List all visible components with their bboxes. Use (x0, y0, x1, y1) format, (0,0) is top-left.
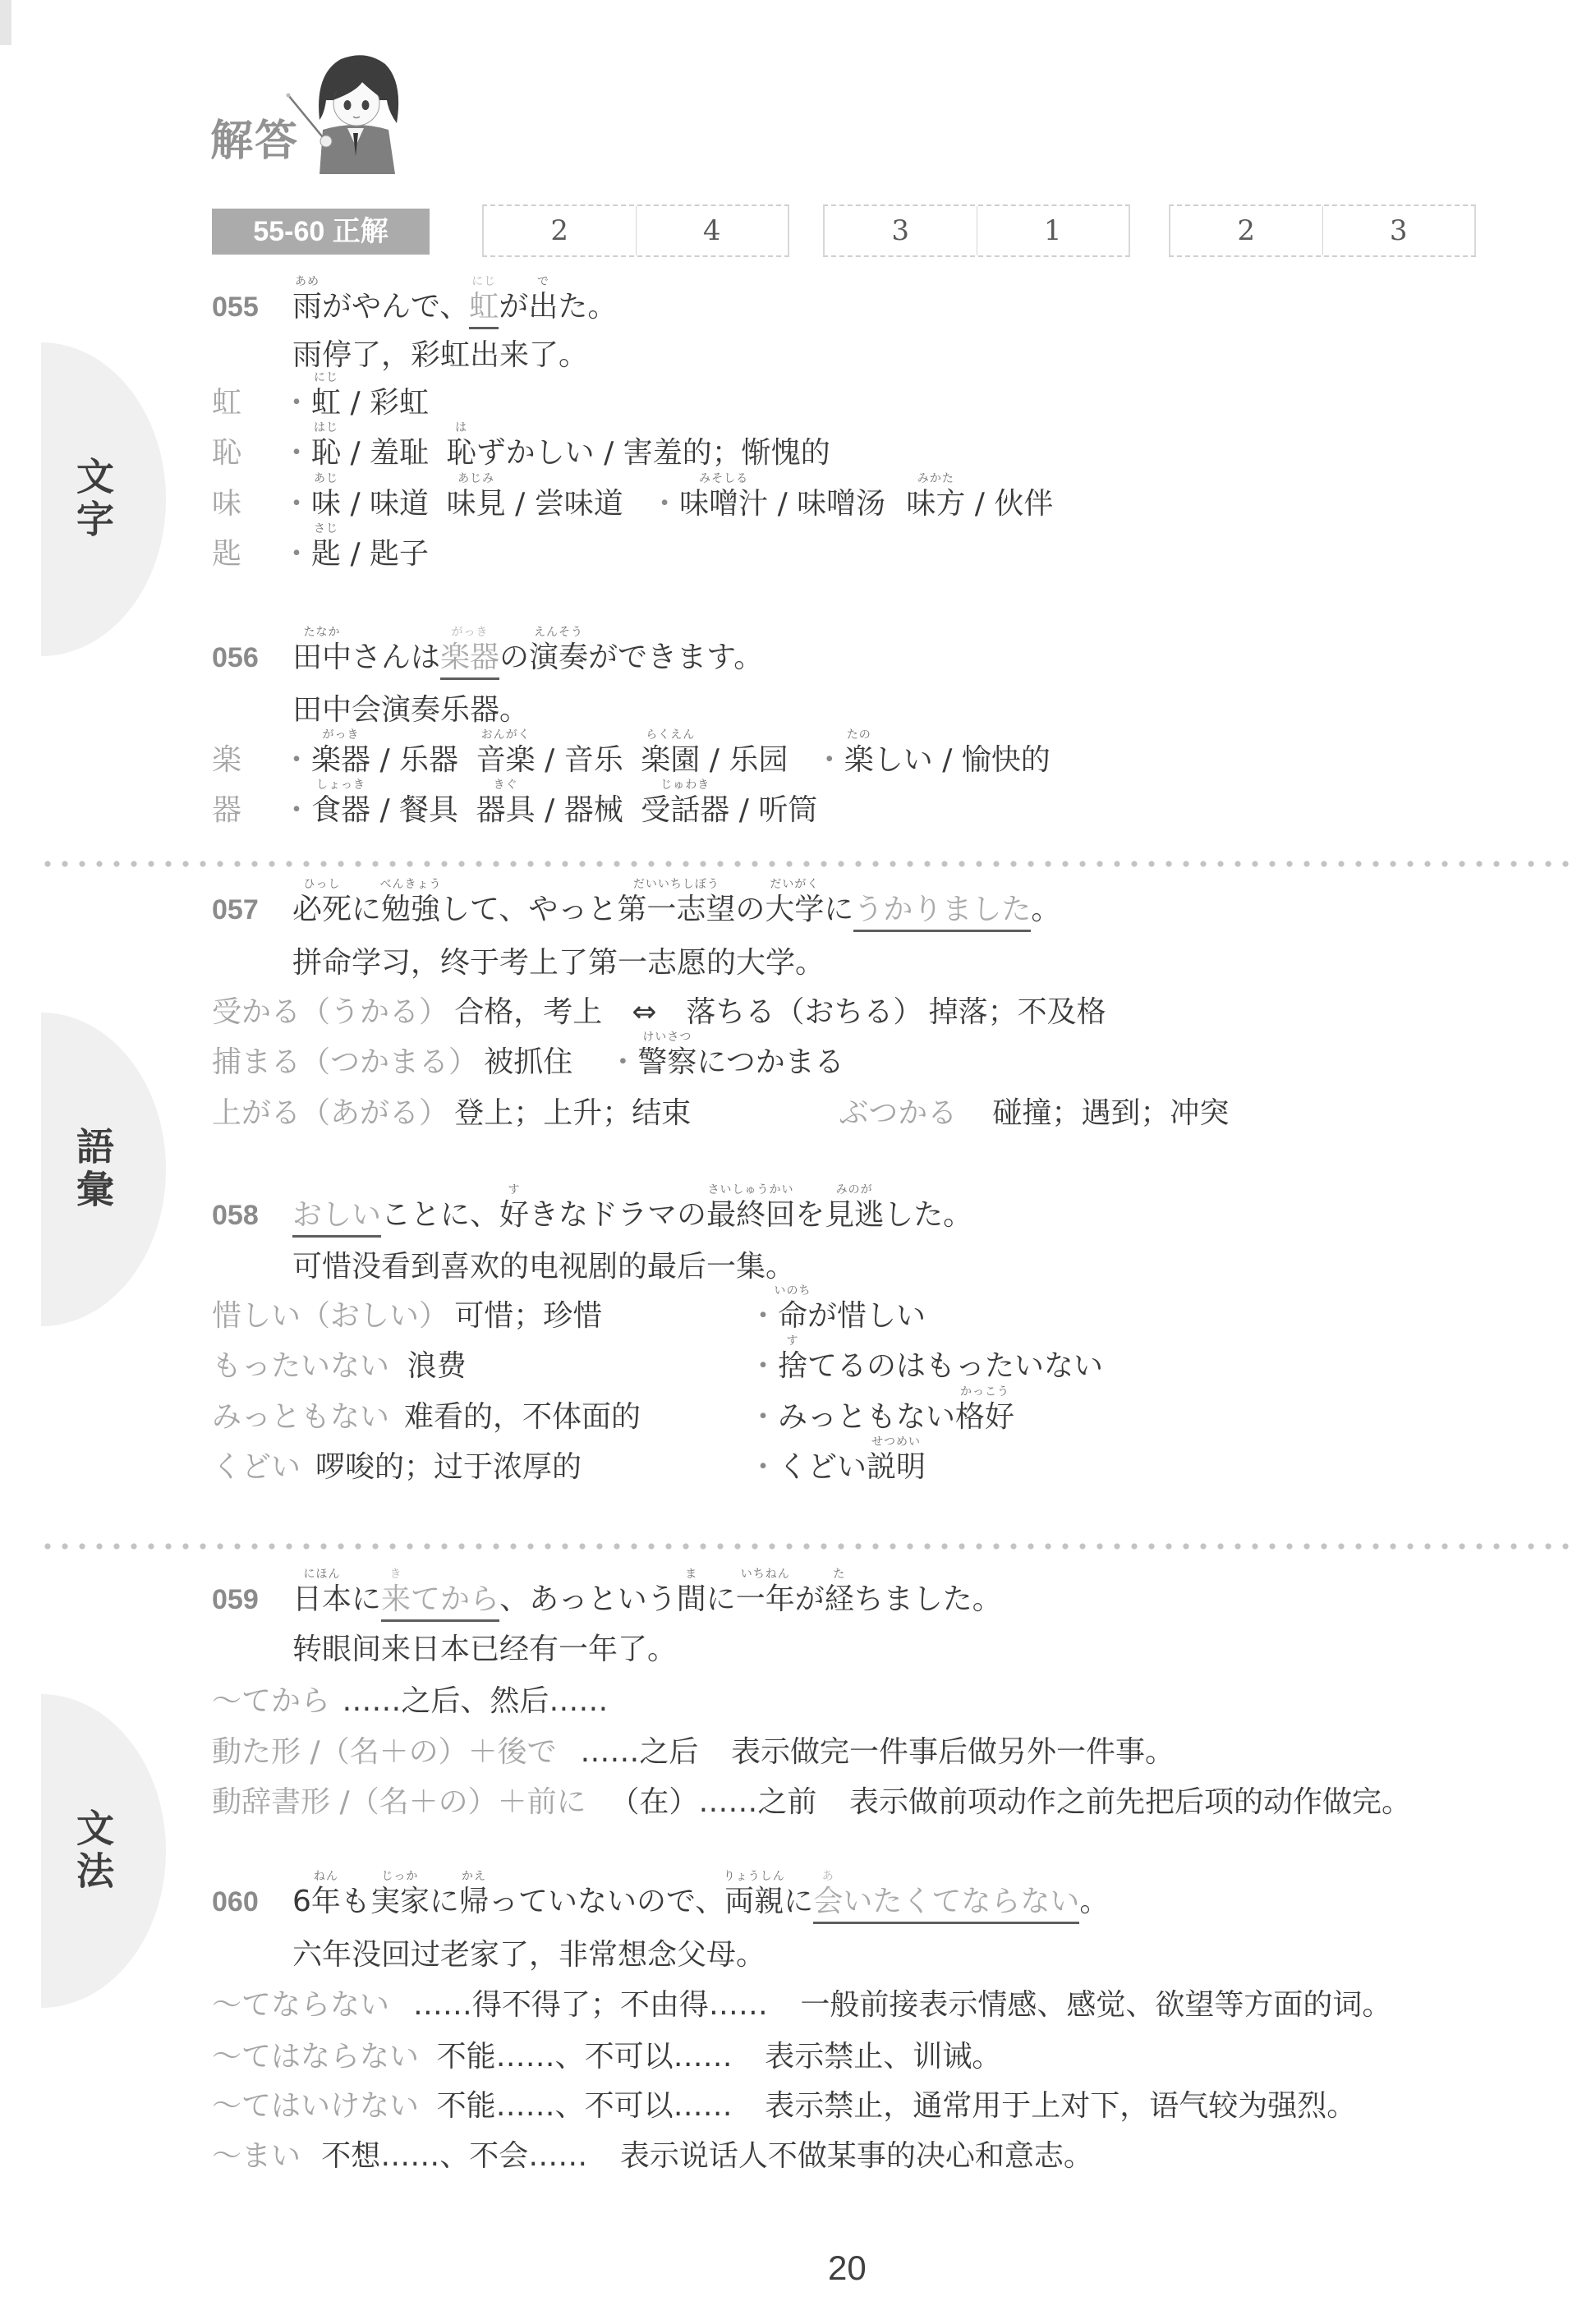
base-text: 。 (1079, 1882, 1109, 1922)
base-text: / 羞耻 (341, 434, 429, 473)
sentence-text: 雨あめがやんで、虹にじが出でた。 (292, 287, 617, 329)
base-text: くどい (778, 1448, 867, 1487)
furigana: す (508, 1184, 521, 1196)
text-segment: 受かる（うかる） (212, 992, 448, 1033)
text-segment: 捕まる（つかまる） (212, 1042, 478, 1083)
text-segment: た。 (558, 287, 617, 328)
ruby-word: 匙さじ (311, 534, 341, 575)
base-text: 浪费 (407, 1347, 467, 1386)
text-segment: 被抓住 (484, 1042, 572, 1083)
base-text: 味見 (447, 485, 506, 524)
furigana: たなか (304, 627, 341, 638)
text-segment: 表示做完一件事后做另外一件事。 (731, 1732, 1175, 1773)
text-segment: てるのはもったいない (807, 1346, 1103, 1387)
text-segment: / 彩虹 (341, 383, 429, 424)
base-text: して、やっと (440, 890, 617, 930)
question-number: 055 (212, 287, 292, 328)
note-row: 動た形 /（名＋の）＋後で……之后表示做完一件事后做另外一件事。 (212, 1732, 1175, 1773)
note-content: ～てはならない不能……、不可以……表示禁止、训诫。 (212, 2037, 1001, 2078)
note-row: 惜しい（おしい）可惜；珍惜・命いのちが惜しい (212, 1296, 602, 1337)
note-example: ・捨すてるのはもったいない (748, 1346, 1103, 1387)
text-segment: / 匙子 (341, 534, 429, 575)
note-row: 匙・匙さじ / 匙子 (212, 534, 429, 575)
text-segment: / 尝味道 (506, 484, 623, 525)
text-segment: に (430, 1881, 459, 1922)
base-text: ～まい (212, 2137, 301, 2176)
ruby-word: 田中たなか (292, 637, 352, 678)
base-text: 捕まる（つかまる） (212, 1043, 478, 1082)
text-segment: も (341, 1881, 370, 1922)
answer-cell: 4 (636, 206, 788, 255)
section-tab-vocabulary: 語彙 (41, 1013, 166, 1326)
ruby-word: 見逃みのが (825, 1195, 884, 1236)
base-text: 楽園 (641, 741, 700, 780)
text-segment: 。 (1031, 889, 1060, 930)
base-text: 大学 (765, 890, 824, 930)
translation: 田中会演奏乐器。 (292, 690, 529, 731)
note-content: もったいない浪费 (212, 1346, 467, 1387)
text-segment: 啰唆的；过于浓厚的 (315, 1447, 582, 1488)
base-text: ・ (650, 485, 679, 524)
note-row: 虹・虹にじ / 彩虹 (212, 383, 429, 424)
text-segment: 不想……、不会…… (321, 2136, 587, 2177)
base-text: 楽器 (311, 741, 370, 780)
note-content: 上がる（あがる）登上；上升；结束ぶつかる碰撞；遇到；冲突 (212, 1093, 1229, 1134)
base-text: ⇔ (632, 993, 656, 1032)
base-text: 难看的，不体面的 (404, 1398, 641, 1437)
ruby-word: 楽園らくえん (641, 740, 700, 781)
furigana: き (390, 1568, 402, 1580)
text-segment: 、あっという (499, 1579, 677, 1620)
note-content: ・虹にじ / 彩虹 (282, 383, 429, 424)
note-content: 動た形 /（名＋の）＋後で……之后表示做完一件事后做另外一件事。 (212, 1732, 1175, 1773)
base-text: てるのはもったいない (807, 1347, 1103, 1386)
text-segment: ぶつかる (839, 1093, 957, 1134)
text-segment: の (499, 637, 529, 678)
ruby-word: 帰かえ (459, 1881, 489, 1922)
base-text: 両親 (724, 1882, 784, 1922)
base-text: 警察 (637, 1043, 697, 1082)
ruby-word: 大学だいがく (765, 889, 824, 930)
dotted-divider (44, 861, 1577, 867)
furigana: す (787, 1335, 799, 1347)
text-segment: 难看的，不体面的 (404, 1397, 641, 1438)
base-text: ……之后、然后…… (342, 1682, 608, 1721)
ruby-word: 第一志望だいいちしぼう (617, 889, 735, 930)
base-text: が (499, 287, 528, 327)
base-text: / 尝味道 (506, 485, 623, 524)
base-text: / 味噌汤 (768, 485, 885, 524)
ruby-word: 音楽おんがく (476, 740, 536, 781)
sentence-text: 日本にほんに来きてから、あっという間まに一年いちねんが経たちました。 (292, 1579, 1002, 1622)
ruby-word: 演奏えんそう (529, 637, 588, 678)
base-text: 演奏 (529, 638, 588, 677)
answer-group: 3 1 (823, 204, 1130, 257)
text-segment: くどい (212, 1447, 301, 1488)
base-text: 不能……、不可以…… (437, 2037, 733, 2077)
text-segment: に (352, 889, 381, 930)
answer-cell: 2 (1170, 206, 1322, 255)
base-text: ・ (608, 1043, 637, 1082)
base-text: が (795, 1580, 825, 1619)
question-number: 058 (212, 1195, 292, 1236)
base-text: / 匙子 (341, 535, 429, 574)
question-sentence: 058おしいことに、好すきなドラマの最終回さいしゅうかいを見逃みのがした。 (212, 1195, 972, 1236)
note-example: ・命いのちが惜しい (748, 1296, 926, 1337)
furigana: さいしゅうかい (708, 1184, 794, 1196)
base-text: 経 (825, 1580, 854, 1619)
ruby-word: 間ま (677, 1579, 706, 1620)
question-sentence: 059日本にほんに来きてから、あっという間まに一年いちねんが経たちました。 (212, 1579, 1002, 1620)
note-content: ～てから……之后、然后…… (212, 1681, 608, 1722)
text-segment: / 音乐 (536, 740, 623, 781)
base-text: に (706, 1580, 736, 1619)
base-text: 実家 (370, 1882, 430, 1922)
note-row: 動辞書形 /（名＋の）＋前に（在）……之前表示做前项动作之前先把后项的动作做完。 (212, 1782, 1411, 1823)
base-text: ～てはいけない (212, 2087, 419, 2126)
ruby-word: 出で (528, 287, 558, 328)
base-text: 味噌汁 (679, 485, 768, 524)
text-segment: / 餐具 (370, 790, 458, 831)
ruby-word: 虹にじ (311, 383, 341, 424)
furigana: た (833, 1568, 845, 1580)
base-text: みっともない (778, 1398, 955, 1437)
bullet-dot: ・ (608, 1042, 637, 1083)
furigana: あ (822, 1871, 834, 1882)
base-text: 楽 (844, 741, 874, 780)
text-segment: きなドラマの (529, 1195, 706, 1236)
base-text: （在）……之前 (609, 1783, 816, 1822)
ruby-word: 命いのち (778, 1296, 807, 1337)
base-text: 表示禁止、训诫。 (765, 2037, 1001, 2077)
ruby-word: 食器しょっき (311, 790, 370, 831)
base-text: に (784, 1882, 813, 1922)
base-text: 味方 (906, 485, 965, 524)
text-segment: に (824, 889, 853, 930)
translation: 转眼间来日本已经有一年了。 (292, 1629, 677, 1670)
dotted-divider (44, 1543, 1577, 1550)
bullet-dot: ・ (650, 484, 679, 525)
furigana: きぐ (494, 779, 518, 791)
base-text: 表示做完一件事后做另外一件事。 (731, 1733, 1175, 1772)
answer-underlined-text: うかりました (853, 889, 1031, 932)
translation: 拼命学习，终于考上了第一志愿的大学。 (292, 943, 825, 984)
base-text: 表示说话人不做某事的决心和意志。 (620, 2137, 1093, 2176)
base-text: 被抓住 (484, 1043, 572, 1082)
ruby-word: 日本にほん (292, 1579, 352, 1620)
base-text: もったいない (212, 1347, 389, 1386)
base-text: ……得不得了；不由得…… (413, 1986, 768, 2025)
base-text: した。 (884, 1196, 972, 1235)
ruby-word: 味あじ (311, 484, 341, 525)
base-text: を (795, 1196, 825, 1235)
ruby-word: 雨あめ (292, 287, 322, 328)
base-text: 啰唆的；过于浓厚的 (315, 1448, 582, 1487)
ruby-word: 楽たの (844, 740, 874, 781)
base-text: 来 (381, 1580, 411, 1622)
answer-cell: 2 (484, 206, 636, 255)
base-text: 最終回 (706, 1196, 795, 1235)
base-text: 落ちる（おちる） (686, 993, 922, 1032)
sentence-text: おしいことに、好すきなドラマの最終回さいしゅうかいを見逃みのがした。 (292, 1195, 972, 1238)
furigana: にほん (304, 1568, 341, 1580)
section-tab-characters: 文字 (41, 342, 166, 656)
note-content: 捕まる（つかまる）被抓住・警察けいさつにつかまる (212, 1042, 844, 1083)
text-segment: っていないので、 (489, 1881, 724, 1922)
note-row: ～てから……之后、然后…… (212, 1681, 608, 1722)
kanji-label: 楽 (212, 740, 282, 781)
answer-cell: 1 (977, 206, 1129, 255)
ruby-word: 好す (499, 1195, 529, 1236)
ruby-word: 年ねん (311, 1881, 341, 1922)
ruby-word: 捨す (778, 1346, 807, 1387)
base-text: 虹 (311, 384, 341, 423)
bullet-dot: ・ (815, 740, 844, 781)
note-row: ～てはいけない不能……、不可以……表示禁止，通常用于上对下，语气较为强烈。 (212, 2086, 1356, 2127)
base-text: 説明 (867, 1448, 926, 1487)
base-text: 見逃 (825, 1196, 884, 1235)
text-segment: 落ちる（おちる） (686, 992, 922, 1033)
kanji-label: 虹 (212, 383, 282, 424)
ruby-word: 楽器がっき (440, 637, 499, 680)
note-content: 受かる（うかる）合格，考上⇔落ちる（おちる）掉落；不及格 (212, 992, 1106, 1033)
ruby-word: 警察けいさつ (637, 1042, 697, 1083)
text-segment: みっともない (212, 1397, 389, 1438)
base-text: ずかしい / 害羞的；惭愧的 (476, 434, 830, 473)
text-segment: 表示禁止、训诫。 (765, 2037, 1001, 2078)
base-text: 第一志望 (617, 890, 735, 930)
text-segment: が惜しい (807, 1296, 926, 1337)
ruby-word: 恥は (447, 433, 476, 474)
kanji-label: 恥 (212, 433, 282, 474)
translation: 可惜没看到喜欢的电视剧的最后一集。 (292, 1247, 795, 1288)
base-text: 掉落；不及格 (929, 993, 1106, 1032)
note-row: もったいない浪费・捨すてるのはもったいない (212, 1346, 467, 1387)
ruby-word: 最終回さいしゅうかい (706, 1195, 795, 1236)
page-number: 20 (828, 2248, 867, 2288)
base-text: 間 (677, 1580, 706, 1619)
note-content: 惜しい（おしい）可惜；珍惜 (212, 1296, 602, 1337)
note-row: ～まい不想……、不会……表示说话人不做某事的决心和意志。 (212, 2136, 1093, 2177)
base-text: / 彩虹 (341, 384, 429, 423)
furigana: はじ (314, 422, 338, 434)
base-text: ……之后 (580, 1733, 698, 1772)
kanji-label: 味 (212, 484, 282, 525)
base-text: 好 (499, 1196, 529, 1235)
base-text: 可惜；珍惜 (454, 1297, 602, 1336)
text-segment: 一般前接表示情感、感觉、欲望等方面的词。 (800, 1985, 1391, 2026)
kanji-label: 器 (212, 790, 282, 831)
note-row: くどい啰唆的；过于浓厚的・くどい説明せつめい (212, 1447, 582, 1488)
ruby-word: 実家じっか (370, 1881, 430, 1922)
furigana: ひっし (304, 879, 341, 890)
base-text: 虹 (469, 287, 499, 329)
note-content: ～まい不想……、不会……表示说话人不做某事的决心和意志。 (212, 2136, 1093, 2177)
text-segment: が (795, 1579, 825, 1620)
ruby-word: 必死ひっし (292, 889, 352, 930)
sentence-text: 田中たなかさんは楽器がっきの演奏えんそうができます。 (292, 637, 763, 680)
furigana: せつめい (871, 1436, 921, 1448)
base-text: しい / 愉快的 (874, 741, 1051, 780)
text-segment: ～てならない (212, 1985, 389, 2026)
text-segment: しい / 愉快的 (874, 740, 1051, 781)
note-row: 受かる（うかる）合格，考上⇔落ちる（おちる）掉落；不及格 (212, 992, 1106, 1033)
note-content: ～てはいけない不能……、不可以……表示禁止，通常用于上对下，语气较为强烈。 (212, 2086, 1356, 2127)
section-tab-grammar: 文法 (41, 1694, 166, 2008)
base-text: ができます。 (588, 638, 763, 677)
base-text: 表示禁止，通常用于上对下，语气较为强烈。 (765, 2087, 1356, 2126)
base-text: 不能……、不可以…… (437, 2087, 733, 2126)
furigana: みかた (917, 473, 954, 485)
furigana: いのち (775, 1285, 811, 1297)
kanji-label: 匙 (212, 534, 282, 575)
bullet-dot: ・ (282, 790, 311, 831)
ruby-word: 器具きぐ (476, 790, 536, 831)
text-segment: / 听筒 (729, 790, 817, 831)
ruby-word: 説明せつめい (867, 1447, 926, 1488)
base-text: 動辞書形 /（名＋の）＋前に (212, 1783, 586, 1822)
section-tab-label: 語彙 (66, 1127, 120, 1212)
text-segment: （在）……之前 (609, 1782, 816, 1823)
base-text: 必死 (292, 890, 352, 930)
text-segment: 上がる（あがる） (212, 1093, 448, 1134)
base-text: / 音乐 (536, 741, 623, 780)
note-content: ・恥はじ / 羞耻恥はずかしい / 害羞的；惭愧的 (282, 433, 830, 474)
base-text: 不想……、不会…… (321, 2137, 587, 2176)
note-row: 味・味あじ / 味道味見あじみ / 尝味道・味噌汁みそしる / 味噌汤味方みかた… (212, 484, 1053, 525)
base-text: ちました。 (854, 1580, 1002, 1619)
text-segment: が (499, 287, 528, 328)
answer-cell: 3 (1322, 206, 1475, 255)
base-text: ～てはならない (212, 2037, 419, 2077)
bullet-dot: ・ (748, 1447, 778, 1488)
ruby-word: 格好かっこう (955, 1397, 1014, 1438)
bullet-dot: ・ (282, 740, 311, 781)
base-text: ・ (748, 1398, 778, 1437)
ruby-word: 経た (825, 1579, 854, 1620)
note-row: みっともない难看的，不体面的・みっともない格好かっこう (212, 1397, 641, 1438)
text-segment: 碰撞；遇到；冲突 (992, 1093, 1229, 1134)
text-segment: 掉落；不及格 (929, 992, 1106, 1033)
base-text: に (430, 1882, 459, 1922)
text-segment: ……之后、然后…… (342, 1681, 608, 1722)
base-text: 惜しい（おしい） (212, 1297, 448, 1336)
sentence-text: 6年ねんも実家じっかに帰かえっていないので、両親りょうしんに会あいたくてならない… (292, 1881, 1109, 1924)
base-text: 動た形 /（名＋の）＋後で (212, 1733, 557, 1772)
furigana: がっき (323, 729, 360, 741)
ruby-word: 味噌汁みそしる (679, 484, 768, 525)
ruby-word: 受話器じゅわき (641, 790, 729, 831)
base-text: がやんで、 (322, 287, 469, 327)
base-text: 味 (311, 485, 341, 524)
furigana: にじ (471, 276, 496, 287)
furigana: ねん (314, 1871, 338, 1882)
base-text: 田中 (292, 638, 352, 677)
sentence-text: 必死ひっしに勉強べんきょうして、やっと第一志望だいいちしぼうの大学だいがくにうか… (292, 889, 1060, 932)
text-segment: / 伙伴 (965, 484, 1053, 525)
text-segment: 浪费 (407, 1346, 467, 1387)
base-text: 碰撞；遇到；冲突 (992, 1094, 1229, 1133)
base-text: ことに、 (381, 1196, 499, 1235)
base-text: ・ (282, 791, 311, 830)
base-text: ぶつかる (839, 1094, 957, 1133)
note-content: 動辞書形 /（名＋の）＋前に（在）……之前表示做前项动作之前先把后项的动作做完。 (212, 1782, 1411, 1823)
base-text: 恥 (311, 434, 341, 473)
text-segment: ことに、 (381, 1195, 499, 1236)
note-row: 楽・楽器がっき / 乐器音楽おんがく / 音乐楽園らくえん / 乐园・楽たのしい… (212, 740, 1051, 781)
base-text: の (735, 890, 765, 930)
ruby-word: 一年いちねん (736, 1579, 795, 1620)
base-text: さんは (352, 638, 440, 677)
base-text: ・ (748, 1297, 778, 1336)
text-segment: ちました。 (854, 1579, 1002, 1620)
base-text: 器具 (476, 791, 536, 830)
furigana: たの (847, 729, 871, 741)
base-text: 雨 (292, 287, 322, 327)
base-text: の (499, 638, 529, 677)
text-segment: に (706, 1579, 736, 1620)
section-tab-label: 文法 (66, 1808, 120, 1894)
ruby-word: 来き (381, 1579, 411, 1622)
furigana: しょっき (316, 779, 366, 791)
furigana: がっき (452, 627, 489, 638)
text-segment: / 味道 (341, 484, 429, 525)
note-content: みっともない难看的，不体面的 (212, 1397, 641, 1438)
base-text: 出 (528, 287, 558, 327)
base-text: 勉強 (381, 890, 440, 930)
base-text: ・ (748, 1347, 778, 1386)
note-content: ・味あじ / 味道味見あじみ / 尝味道・味噌汁みそしる / 味噌汤味方みかた … (282, 484, 1053, 525)
ruby-word: 味見あじみ (447, 484, 506, 525)
base-text: / 味道 (341, 485, 429, 524)
base-text: が惜しい (807, 1297, 926, 1336)
furigana: かっこう (960, 1386, 1009, 1398)
answer-cell: 3 (825, 206, 977, 255)
base-text: 表示做前项动作之前先把后项的动作做完。 (849, 1783, 1411, 1822)
text-segment: さんは (352, 637, 440, 678)
text-segment: 表示做前项动作之前先把后项的动作做完。 (849, 1782, 1411, 1823)
base-text: / 伙伴 (965, 485, 1053, 524)
furigana: かえ (462, 1871, 486, 1882)
base-text: 格好 (955, 1398, 1014, 1437)
base-text: ・ (282, 434, 311, 473)
text-segment: / 乐器 (370, 740, 458, 781)
answer-group: 2 3 (1169, 204, 1476, 257)
text-segment: 登上；上升；结束 (454, 1093, 691, 1134)
base-text: てから (411, 1580, 499, 1622)
base-text: くどい (212, 1448, 301, 1487)
furigana: じゅわき (660, 779, 710, 791)
base-text: に (824, 890, 853, 930)
text-segment: もったいない (212, 1346, 389, 1387)
bullet-dot: ・ (748, 1346, 778, 1387)
note-content: ・食器しょっき / 餐具器具きぐ / 器械受話器じゅわき / 听筒 (282, 790, 817, 831)
question-number: 060 (212, 1881, 292, 1922)
base-text: きなドラマの (529, 1196, 706, 1235)
note-content: ・楽器がっき / 乐器音楽おんがく / 音乐楽園らくえん / 乐园・楽たのしい … (282, 740, 1051, 781)
ruby-word: 楽器がっき (311, 740, 370, 781)
question-sentence: 057必死ひっしに勉強べんきょうして、やっと第一志望だいいちしぼうの大学だいがく… (212, 889, 1060, 930)
answer-underlined-text: いたくてならない (843, 1881, 1079, 1924)
bullet-dot: ・ (748, 1397, 778, 1438)
furigana: みのが (836, 1184, 873, 1196)
question-number: 057 (212, 889, 292, 930)
base-text: ・ (748, 1448, 778, 1487)
base-text: 捨 (778, 1347, 807, 1386)
base-text: につかまる (697, 1043, 844, 1082)
note-row: ～てならない……得不得了；不由得……一般前接表示情感、感觉、欲望等方面的词。 (212, 1985, 1391, 2026)
question-sentence: 0606年ねんも実家じっかに帰かえっていないので、両親りょうしんに会あいたくてな… (212, 1881, 1109, 1922)
